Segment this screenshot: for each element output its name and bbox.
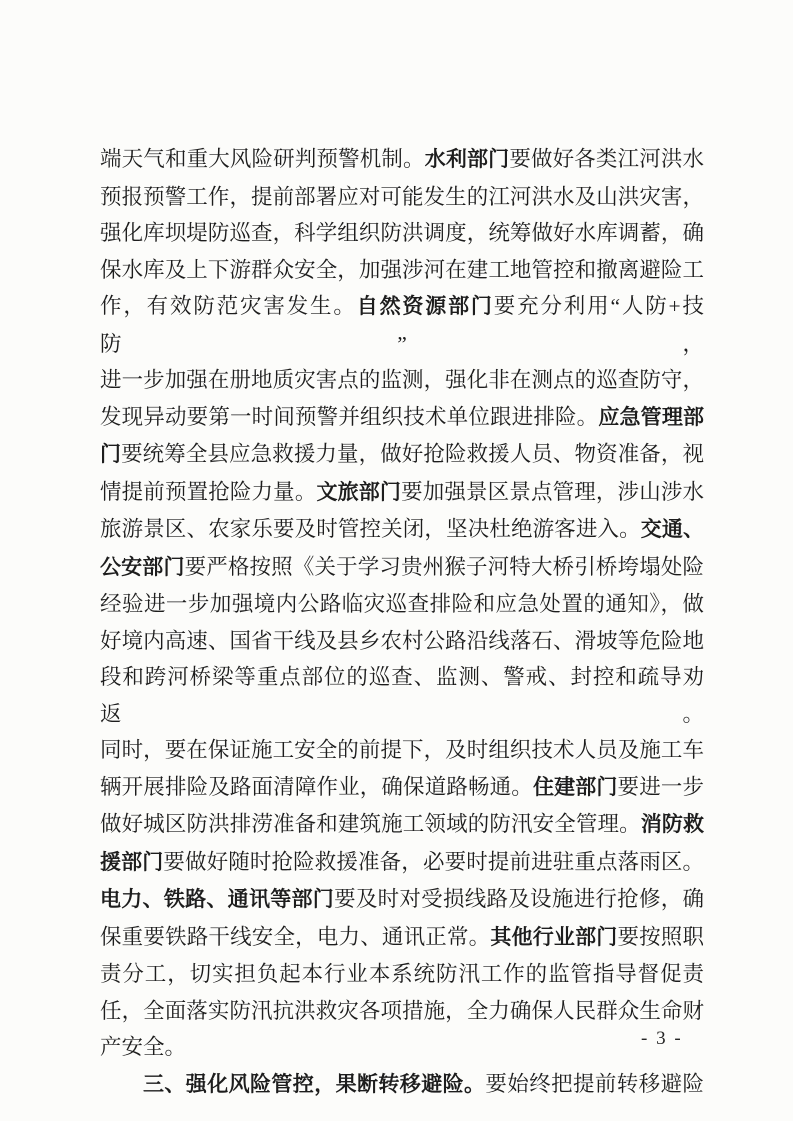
text-line: 强化库坝堤防巡查，科学组织防洪调度，统筹做好水库调蓄，确: [100, 215, 704, 252]
emphasis-text: 文旅部门: [316, 481, 401, 504]
text-line: 辆开展排险及路面清障作业，确保道路畅通。住建部门要进一步: [100, 769, 704, 807]
text-line: 三、强化风险管控，果断转移避险。要始终把提前转移避险: [100, 1066, 704, 1104]
text-line: 预报预警工作，提前部署应对可能发生的江河洪水及山洪灾害，: [100, 179, 704, 216]
text-line: 做好城区防洪排涝准备和建筑施工领域的防汛安全管理。消防救: [100, 806, 704, 844]
text-line: 情提前预置抢险力量。文旅部门要加强景区景点管理，涉山涉水: [100, 474, 704, 512]
body-text: 要按照职: [617, 925, 704, 949]
page-number: - 3 -: [641, 1028, 683, 1050]
document-page: 端天气和重大风险研判预警机制。水利部门要做好各类江河洪水预报预警工作，提前部署应…: [0, 0, 793, 1121]
body-text: 预报预警工作，提前部署应对可能发生的江河洪水及山洪灾害，: [100, 185, 704, 209]
emphasis-text: 自然资源部门: [357, 295, 494, 318]
text-line: 作，有效防范灾害发生。自然资源部门要充分利用“人防+技防”，: [100, 288, 704, 362]
body-text: 旅游景区、农家乐要及时管控关闭，坚决杜绝游客进入。: [100, 517, 641, 541]
body-text: 经验进一步加强境内公路临灾巡查排险和应急处置的通知》，做: [100, 592, 704, 616]
emphasis-text: 水利部门: [425, 148, 510, 171]
body-text: 产安全。: [100, 1035, 186, 1059]
text-line: 段和跨河桥梁等重点部位的巡查、监测、警戒、封控和疏导劝返。: [100, 659, 704, 732]
body-text: 进一步加强在册地质灾害点的监测，强化非在测点的巡查防守，: [100, 368, 704, 392]
body-text: 要及时对受损线路及设施进行抢修，确: [334, 887, 704, 911]
paragraph: 三、强化风险管控，果断转移避险。要始终把提前转移避险: [100, 1066, 704, 1104]
text-line: 端天气和重大风险研判预警机制。水利部门要做好各类江河洪水: [100, 141, 704, 179]
body-text: 保重要铁路干线安全，电力、通讯正常。: [100, 925, 490, 949]
body-text: 情提前预置抢险力量。: [100, 480, 316, 504]
body-text: 要进一步: [618, 775, 704, 799]
text-line: 经验进一步加强境内公路临灾巡查排险和应急处置的通知》，做: [100, 586, 704, 623]
text-line: 保重要铁路干线安全，电力、通讯正常。其他行业部门要按照职: [100, 919, 704, 957]
emphasis-text: 援部门: [100, 851, 163, 874]
emphasis-text: 其他行业部门: [490, 926, 617, 949]
body-text: 要严格按照《关于学习贵州猴子河特大桥引桥垮塌处险: [185, 555, 704, 579]
body-text: 任，全面落实防汛抗洪救灾各项措施，全力确保人民群众生命财: [100, 999, 704, 1023]
emphasis-text: 电力、铁路、通讯等部门: [100, 888, 334, 911]
body-text: 作，有效防范灾害发生。: [100, 294, 357, 318]
text-line: 好境内高速、国省干线及县乡农村公路沿线落石、滑坡等危险地: [100, 623, 704, 660]
body-text: 做好城区防洪排涝准备和建筑施工领域的防汛安全管理。: [100, 812, 641, 836]
text-line: 电力、铁路、通讯等部门要及时对受损线路及设施进行抢修，确: [100, 881, 704, 919]
emphasis-text: 应急管理部: [598, 406, 704, 429]
body-text: 要加强景区景点管理，涉山涉水: [401, 480, 704, 504]
text-line: 援部门要做好随时抢险救援准备，必要时提前进驻重点落雨区。: [100, 844, 704, 882]
body-text: 发现异动要第一时间预警并组织技术单位跟进排险。: [100, 405, 598, 429]
emphasis-text: 三、强化风险管控，果断转移避险。: [143, 1073, 485, 1096]
text-line: 公安部门要严格按照《关于学习贵州猴子河特大桥引桥垮塌处险: [100, 549, 704, 587]
body-text: 要统筹全县应急救援力量，做好抢险救援人员、物资准备，视: [121, 442, 704, 466]
text-line: 同时，要在保证施工安全的前提下，及时组织技术人员及施工车: [100, 732, 704, 769]
body-text: 端天气和重大风险研判预警机制。: [100, 147, 425, 171]
paragraph: 端天气和重大风险研判预警机制。水利部门要做好各类江河洪水预报预警工作，提前部署应…: [100, 141, 704, 1066]
text-line: 任，全面落实防汛抗洪救灾各项措施，全力确保人民群众生命财: [100, 993, 704, 1030]
text-line: 门要统筹全县应急救援力量，做好抢险救援人员、物资准备，视: [100, 436, 704, 474]
text-line: 进一步加强在册地质灾害点的监测，强化非在测点的巡查防守，: [100, 362, 704, 399]
text-line: 旅游景区、农家乐要及时管控关闭，坚决杜绝游客进入。交通、: [100, 511, 704, 549]
body-text: 责分工，切实担负起本行业本系统防汛工作的监管指导督促责: [100, 962, 704, 986]
emphasis-text: 消防救: [641, 813, 704, 836]
document-text: 端天气和重大风险研判预警机制。水利部门要做好各类江河洪水预报预警工作，提前部署应…: [100, 141, 704, 1103]
emphasis-text: 公安部门: [100, 556, 185, 579]
body-text: 同时，要在保证施工安全的前提下，及时组织技术人员及施工车: [100, 738, 704, 762]
emphasis-text: 门: [100, 443, 121, 466]
text-line: 保水库及上下游群众安全，加强涉河在建工地管控和撤离避险工: [100, 252, 704, 289]
body-text: 段和跨河桥梁等重点部位的巡查、监测、警戒、封控和疏导劝返。: [100, 665, 704, 726]
text-line: 责分工，切实担负起本行业本系统防汛工作的监管指导督促责: [100, 956, 704, 993]
emphasis-text: 住建部门: [533, 776, 618, 799]
body-text: 辆开展排险及路面清障作业，确保道路畅通。: [100, 775, 533, 799]
text-line: 发现异动要第一时间预警并组织技术单位跟进排险。应急管理部: [100, 399, 704, 437]
body-text: 好境内高速、国省干线及县乡农村公路沿线落石、滑坡等危险地: [100, 629, 704, 653]
body-text: 强化库坝堤防巡查，科学组织防洪调度，统筹做好水库调蓄，确: [100, 221, 704, 245]
body-text: 保水库及上下游群众安全，加强涉河在建工地管控和撤离避险工: [100, 258, 704, 282]
text-line: 产安全。: [100, 1029, 704, 1066]
body-text: 要始终把提前转移避险: [485, 1072, 704, 1096]
body-text: 要做好随时抢险救援准备，必要时提前进驻重点落雨区。: [163, 850, 704, 874]
body-text: 要做好各类江河洪水: [509, 147, 704, 171]
emphasis-text: 交通、: [641, 518, 704, 541]
